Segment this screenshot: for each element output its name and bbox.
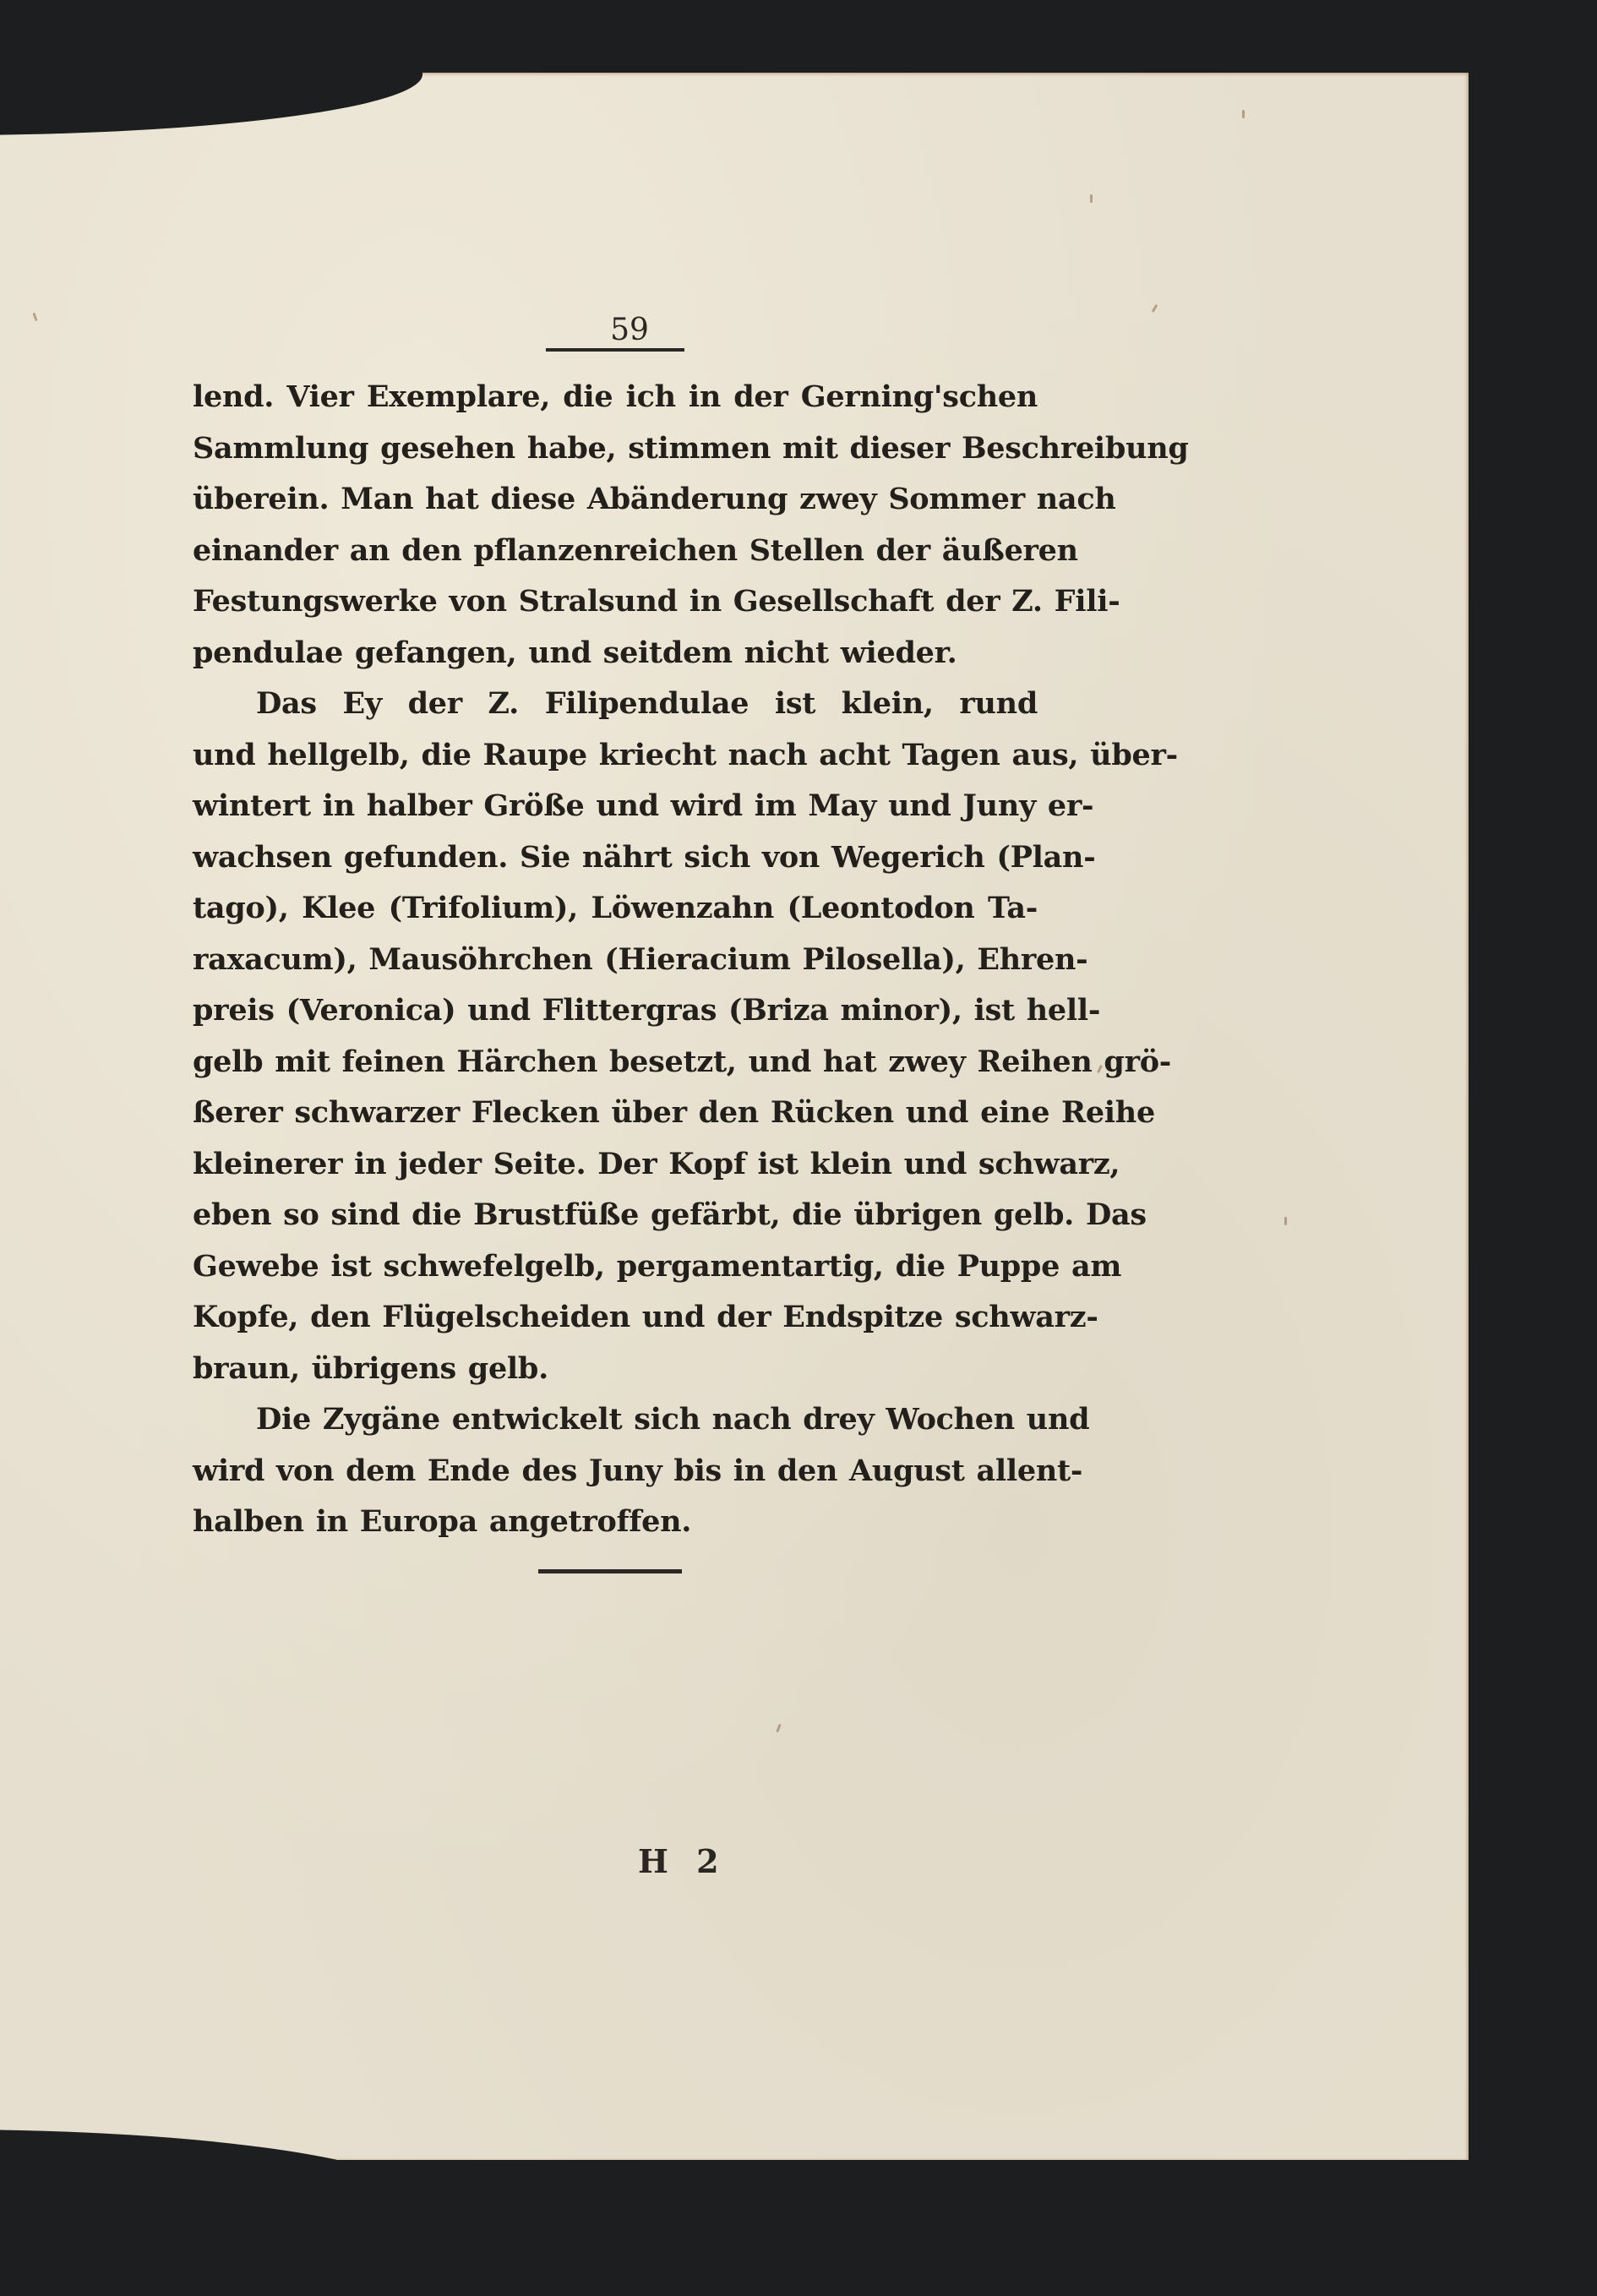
text-line: Festungswerke von Stralsund in Gesellsch…: [193, 576, 1038, 628]
text-line: Kopfe, den Flügelscheiden und der Endspi…: [193, 1292, 1038, 1344]
section-end-rule: [538, 1569, 682, 1573]
text-line: wachsen gefunden. Sie nährt sich von Weg…: [193, 832, 1038, 884]
text-line: raxacum), Mausöhrchen (Hieracium Pilosel…: [193, 935, 1038, 986]
signature-mark: H 2: [638, 1842, 728, 1880]
paper-speck: [1090, 194, 1093, 203]
page-number: 59: [591, 313, 668, 347]
text-line: kleinerer in jeder Seite. Der Kopf ist k…: [193, 1139, 1038, 1191]
text-line: Die Zygäne entwickelt sich nach drey Woc…: [193, 1394, 1038, 1446]
text-line: lend. Vier Exemplare, die ich in der Ger…: [193, 372, 1038, 423]
body-text: lend. Vier Exemplare, die ich in der Ger…: [193, 372, 1038, 1548]
text-line: Gewebe ist schwefelgelb, pergamentartig,…: [193, 1241, 1038, 1293]
text-line: und hellgelb, die Raupe kriecht nach ach…: [193, 730, 1038, 782]
paper-speck: [1284, 1217, 1287, 1225]
text-line: wird von dem Ende des Juny bis in den Au…: [193, 1446, 1038, 1497]
text-line: einander an den pflanzenreichen Stellen …: [193, 526, 1038, 577]
text-line: wintert in halber Größe und wird im May …: [193, 781, 1038, 832]
text-line: überein. Man hat diese Abänderung zwey S…: [193, 474, 1038, 526]
text-line: Das Ey der Z. Filipendulae ist klein, ru…: [193, 679, 1038, 730]
text-line: Sammlung gesehen habe, stimmen mit diese…: [193, 423, 1038, 475]
header-rule: [546, 348, 684, 352]
text-line: pendulae gefangen, und seitdem nicht wie…: [193, 628, 1038, 679]
text-line: eben so sind die Brustfüße gefärbt, die …: [193, 1190, 1038, 1241]
text-line: gelb mit feinen Härchen besetzt, und hat…: [193, 1037, 1038, 1088]
text-line: preis (Veronica) und Flittergras (Briza …: [193, 985, 1038, 1037]
text-line: tago), Klee (Trifolium), Löwenzahn (Leon…: [193, 883, 1038, 935]
text-line: halben in Europa angetroffen.: [193, 1497, 1038, 1548]
text-line: braun, übrigens gelb.: [193, 1344, 1038, 1395]
paper-speck: [1242, 110, 1245, 118]
text-line: ßerer schwarzer Flecken über den Rücken …: [193, 1088, 1038, 1139]
